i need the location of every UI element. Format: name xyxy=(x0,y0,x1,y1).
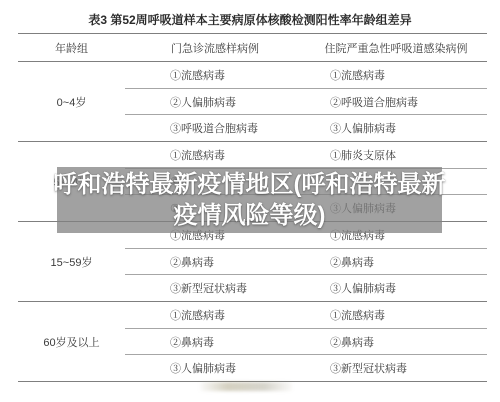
rank-row-3: ③新型冠状病毒 ③人偏肺病毒 xyxy=(125,274,487,301)
inpatient-pathogen: ③新型冠状病毒 xyxy=(305,360,487,376)
header-outpatient-ili: 门急诊流感样病例 xyxy=(125,40,305,56)
header-age-group: 年龄组 xyxy=(18,40,125,56)
age-group-label: 15~59岁 xyxy=(18,222,125,301)
pathogen-rank-rows: ①流感病毒 ①流感病毒 ②人偏肺病毒 ②呼吸道合胞病毒 ③呼吸道合胞病毒 ③人偏… xyxy=(125,62,487,141)
rank-row-1: ①流感病毒 ①流感病毒 xyxy=(125,62,487,88)
rank-row-1: ①流感病毒 ①肺炎支原体 xyxy=(125,142,487,168)
table-row-age-60-plus: 60岁及以上 ①流感病毒 ①流感病毒 ②鼻病毒 ②鼻病毒 ③人偏肺病毒 ③新型冠… xyxy=(18,302,487,382)
outpatient-pathogen: ③呼吸道合胞病毒 xyxy=(125,120,305,136)
table-row-age-15-59: 15~59岁 ①流感病毒 ①流感病毒 ②鼻病毒 ②鼻病毒 ③新型冠状病毒 ③人偏… xyxy=(18,222,487,302)
table-header-row: 年龄组 门急诊流感样病例 住院严重急性呼吸道感染病例 xyxy=(18,33,487,62)
table-row-age-0-4: 0~4岁 ①流感病毒 ①流感病毒 ②人偏肺病毒 ②呼吸道合胞病毒 ③呼吸道合胞病… xyxy=(18,62,487,142)
inpatient-pathogen: ②呼吸道合胞病毒 xyxy=(305,94,487,110)
header-inpatient-sari: 住院严重急性呼吸道感染病例 xyxy=(305,40,487,56)
blurred-watermark xyxy=(200,382,292,391)
rank-row-2: ②鼻病毒 ②鼻病毒 xyxy=(125,248,487,275)
overlay-text-line1: 呼和浩特最新疫情地区(呼和浩特最新 xyxy=(54,169,446,200)
inpatient-pathogen: ①流感病毒 xyxy=(305,307,487,323)
outpatient-pathogen: ②鼻病毒 xyxy=(125,254,305,270)
outpatient-pathogen: ③新型冠状病毒 xyxy=(125,280,305,296)
rank-row-2: ②鼻病毒 ②鼻病毒 xyxy=(125,328,487,355)
outpatient-pathogen: ①流感病毒 xyxy=(125,307,305,323)
outpatient-pathogen: ①流感病毒 xyxy=(125,67,305,83)
report-table-image: 表3 第52周呼吸道样本主要病原体核酸检测阳性率年龄组差异 年龄组 门急诊流感样… xyxy=(0,0,500,402)
overlay-text-line2: 疫情风险等级) xyxy=(174,200,326,231)
outpatient-pathogen: ②鼻病毒 xyxy=(125,334,305,350)
inpatient-pathogen: ①肺炎支原体 xyxy=(305,147,487,163)
age-group-label: 0~4岁 xyxy=(18,62,125,141)
watermark-title-overlay: 呼和浩特最新疫情地区(呼和浩特最新 疫情风险等级) xyxy=(57,167,442,233)
rank-row-2: ②人偏肺病毒 ②呼吸道合胞病毒 xyxy=(125,88,487,115)
inpatient-pathogen: ①流感病毒 xyxy=(305,67,487,83)
outpatient-pathogen: ③人偏肺病毒 xyxy=(125,360,305,376)
rank-row-1: ①流感病毒 ①流感病毒 xyxy=(125,302,487,328)
inpatient-pathogen: ②鼻病毒 xyxy=(305,254,487,270)
pathogen-rank-rows: ①流感病毒 ①流感病毒 ②鼻病毒 ②鼻病毒 ③人偏肺病毒 ③新型冠状病毒 xyxy=(125,302,487,381)
inpatient-pathogen: ③人偏肺病毒 xyxy=(305,120,487,136)
table-title: 表3 第52周呼吸道样本主要病原体核酸检测阳性率年龄组差异 xyxy=(0,11,500,28)
age-group-label: 60岁及以上 xyxy=(18,302,125,381)
pathogen-rank-rows: ①流感病毒 ①流感病毒 ②鼻病毒 ②鼻病毒 ③新型冠状病毒 ③人偏肺病毒 xyxy=(125,222,487,301)
rank-row-3: ③人偏肺病毒 ③新型冠状病毒 xyxy=(125,354,487,381)
outpatient-pathogen: ①流感病毒 xyxy=(125,147,305,163)
rank-row-3: ③呼吸道合胞病毒 ③人偏肺病毒 xyxy=(125,114,487,141)
inpatient-pathogen: ②鼻病毒 xyxy=(305,334,487,350)
inpatient-pathogen: ③人偏肺病毒 xyxy=(305,280,487,296)
outpatient-pathogen: ②人偏肺病毒 xyxy=(125,94,305,110)
